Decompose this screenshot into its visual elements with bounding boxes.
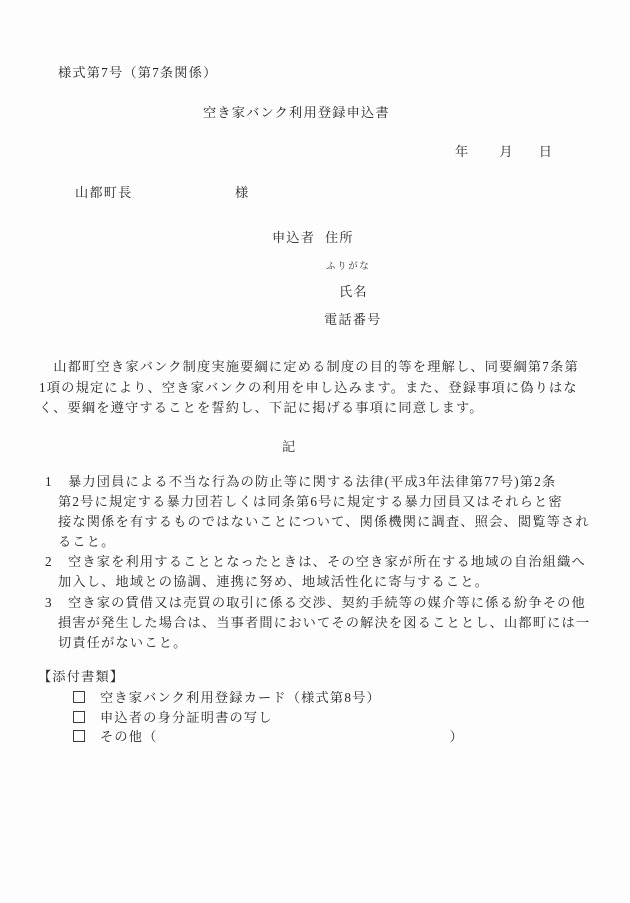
- date-month-label: 月: [499, 144, 513, 159]
- attachments-heading: 【添付書類】: [38, 666, 124, 685]
- pledge-line: く、要綱を遵守することを誓約し、下記に掲げる事項に同意します。: [39, 398, 579, 419]
- date-year-label: 年: [455, 144, 469, 159]
- term-item-1-cont: ること。: [45, 532, 590, 552]
- terms-list: 1暴力団員による不当な行為の防止等に関する法律(平成3年法律第77号)第2条 第…: [45, 472, 590, 653]
- date-day-label: 日: [539, 144, 553, 159]
- addressee-name: 山都町長: [75, 182, 133, 201]
- term-text: 空き家を利用することとなったときは、その空き家が所在する地域の自治組織へ: [68, 554, 586, 569]
- term-item-1-cont: 接な関係を有するものではないことについて、関係機関に調査、照会、閲覧等され: [45, 512, 590, 532]
- term-text: 空き家の賃借又は売買の取引に係る交渉、契約手続等の媒介等に係る紛争その他: [68, 595, 586, 610]
- term-item-3: 3空き家の賃借又は売買の取引に係る交渉、契約手続等の媒介等に係る紛争その他: [45, 593, 590, 613]
- pledge-line: 1項の規定により、空き家バンクの利用を申し込みます。また、登録事項に偽りはな: [39, 378, 579, 399]
- pledge-line: 山都町空き家バンク制度実施要綱に定める制度の目的等を理解し、同要綱第7条第: [39, 357, 579, 378]
- term-item-3-cont: 切責任がないこと。: [45, 633, 590, 653]
- applicant-label: 申込者: [272, 227, 315, 246]
- checkbox-icon: [73, 711, 85, 723]
- attachments-list: 空き家バンク利用登録カード（様式第8号） 申込者の身分証明書の写し その他（）: [73, 688, 464, 747]
- date-line: 年月日: [455, 141, 553, 160]
- attachment-label: 空き家バンク利用登録カード（様式第8号）: [100, 690, 381, 705]
- attachment-label: その他（: [100, 729, 158, 744]
- term-text: 暴力団員による不当な行為の防止等に関する法律(平成3年法律第77号)第2条: [68, 474, 556, 489]
- term-item-2-cont: 加入し、地域との協調、連携に努め、地域活性化に寄与すること。: [45, 572, 590, 592]
- page-title: 空き家バンク利用登録申込書: [203, 102, 390, 121]
- attachment-close-paren: ）: [450, 729, 464, 744]
- pledge-paragraph: 山都町空き家バンク制度実施要綱に定める制度の目的等を理解し、同要綱第7条第 1項…: [39, 357, 579, 419]
- addressee-honorific: 様: [235, 182, 249, 201]
- applicant-furigana-label: ふりがな: [326, 258, 370, 272]
- application-form-page: 様式第7号（第7条関係） 空き家バンク利用登録申込書 年月日 山都町長 様 申込…: [0, 0, 630, 903]
- checkbox-icon: [73, 730, 85, 742]
- form-number: 様式第7号（第7条関係）: [58, 62, 217, 81]
- applicant-address-label: 住所: [325, 227, 354, 246]
- applicant-phone-label: 電話番号: [324, 309, 382, 328]
- attachment-label: 申込者の身分証明書の写し: [100, 710, 273, 725]
- applicant-name-label: 氏名: [339, 281, 368, 300]
- term-item-2: 2空き家を利用することとなったときは、その空き家が所在する地域の自治組織へ: [45, 552, 590, 572]
- section-marker: 記: [282, 436, 296, 455]
- checkbox-icon: [73, 691, 85, 703]
- term-item-1: 1暴力団員による不当な行為の防止等に関する法律(平成3年法律第77号)第2条: [45, 472, 590, 492]
- attachment-item: 申込者の身分証明書の写し: [73, 708, 464, 728]
- term-number: 1: [45, 472, 68, 492]
- attachment-item: その他（）: [73, 727, 464, 747]
- term-number: 3: [45, 593, 68, 613]
- term-item-1-cont: 第2号に規定する暴力団若しくは同条第6号に規定する暴力団員又はそれらと密: [45, 492, 590, 512]
- term-item-3-cont: 損害が発生した場合は、当事者間においてその解決を図ることとし、山都町には一: [45, 613, 590, 633]
- term-number: 2: [45, 552, 68, 572]
- attachment-item: 空き家バンク利用登録カード（様式第8号）: [73, 688, 464, 708]
